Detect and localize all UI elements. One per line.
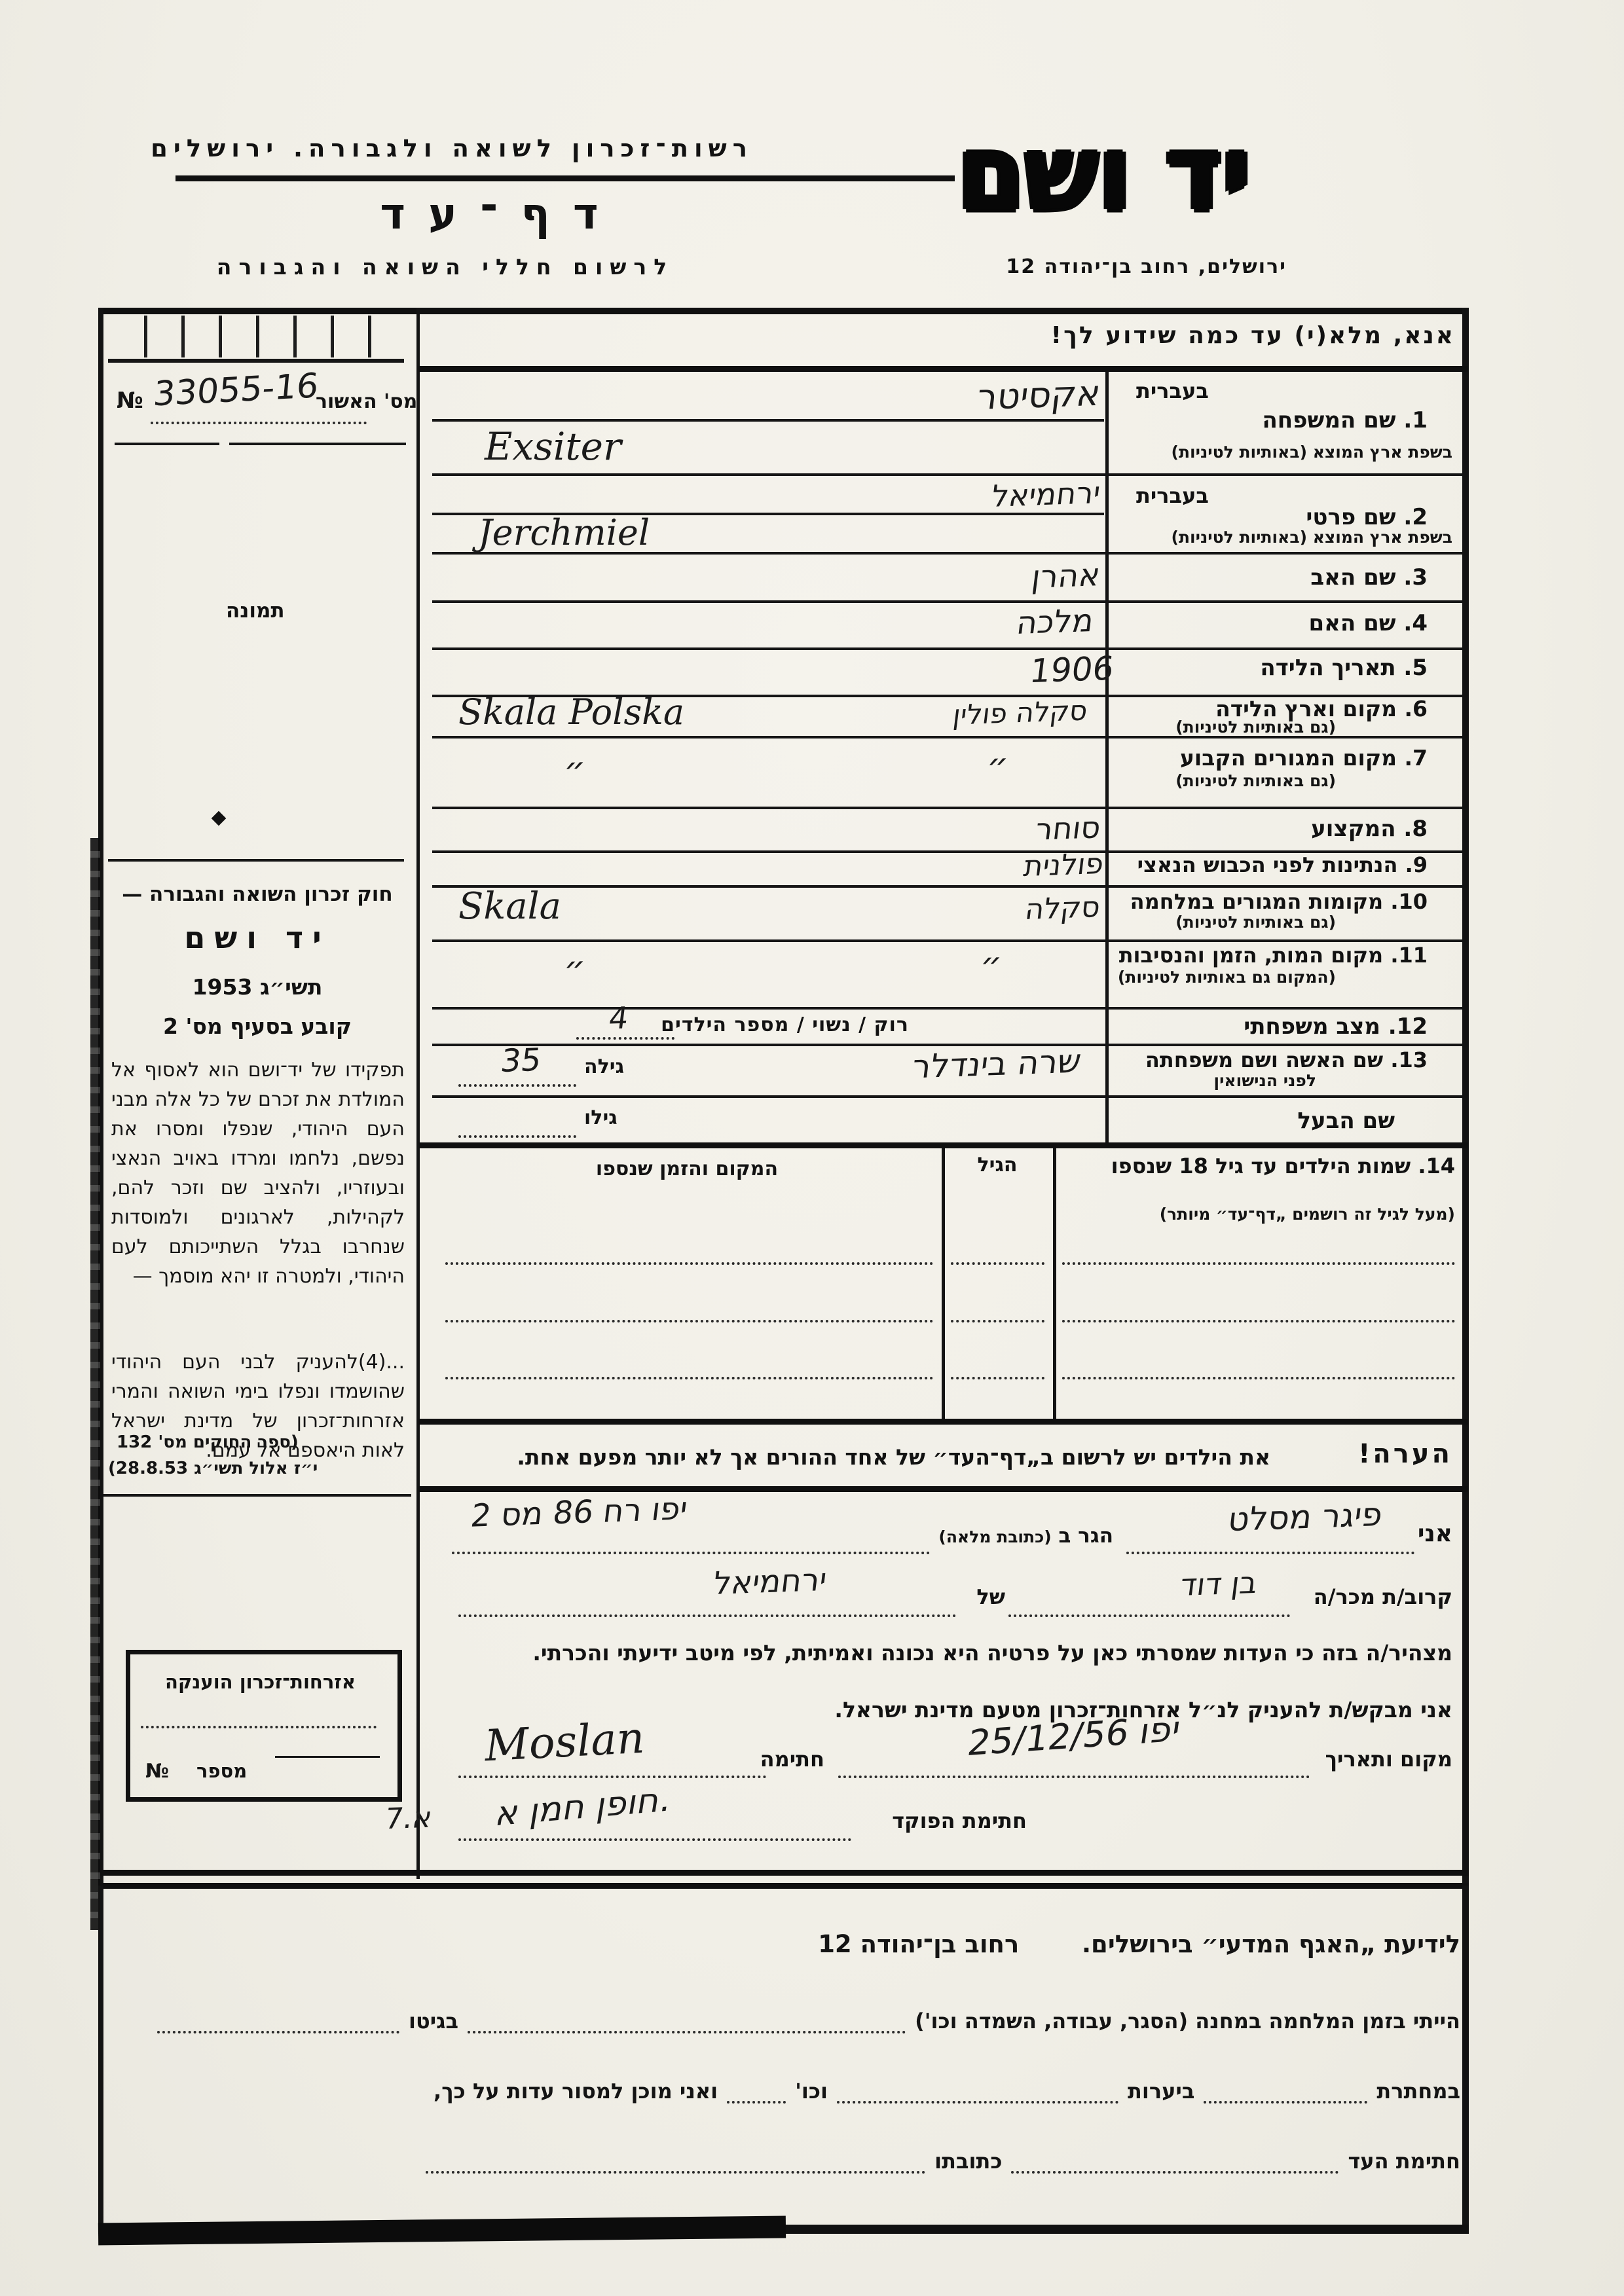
field3-label: 3. שם האב xyxy=(1310,564,1428,591)
row-rule xyxy=(432,600,1462,603)
entry-death-ditto-right: ״ xyxy=(978,945,1005,985)
double-rule-1 xyxy=(98,1870,1469,1876)
row-rule xyxy=(432,885,1462,888)
field7-sub: (גם באותיות לטיניות) xyxy=(1175,771,1336,790)
bottom-line2-underground: במחתרת xyxy=(1376,2079,1460,2104)
form-border-right xyxy=(1462,308,1469,1887)
entry-occupation: סוחר xyxy=(1033,809,1103,847)
law-year: תשי״ג 1953 xyxy=(110,974,405,1000)
decl-witness-name: פיגר מסלט xyxy=(1225,1495,1384,1539)
table-row-line xyxy=(445,1377,933,1379)
clerk-signature: חופן חמן א. xyxy=(493,1780,674,1834)
entry-birth-year: 1906 xyxy=(1027,649,1116,690)
scan-edge-artifact xyxy=(90,838,100,1930)
stamp-no-symbol: № xyxy=(145,1760,169,1783)
note-bottom-rule xyxy=(419,1486,1468,1492)
bottom-line2-etc: וכו' xyxy=(795,2079,828,2104)
stamp-number-label: מספר xyxy=(196,1760,247,1782)
table-row-line xyxy=(951,1320,1044,1322)
entry-wife-name: שרה בינדלר xyxy=(910,1042,1084,1086)
table-row-line xyxy=(1062,1262,1455,1265)
serial-ticks xyxy=(110,316,403,357)
entry-surname-latin: Exsiter xyxy=(485,424,621,469)
clerk-signature-line xyxy=(458,1838,851,1841)
entry-birthplace-hebrew: סקלה פולין xyxy=(951,694,1089,731)
bottom-line1: הייתי בזמן המלחמה במחנה (הסגר, עבודה, הש… xyxy=(157,2009,1460,2033)
form-title: ד ף ־ ע ד xyxy=(354,189,629,239)
bottom-line2-testify: ואני מוכן למסור עדות על כך, xyxy=(434,2079,718,2104)
entry-father: אהרן xyxy=(1030,556,1103,596)
row-rule xyxy=(432,807,1462,809)
approval-no-symbol: № xyxy=(117,388,143,414)
row-rule xyxy=(432,1044,1462,1046)
stamp-dash xyxy=(275,1756,380,1758)
bottom-line3-address: כתובתו xyxy=(934,2149,1002,2174)
law-text: תפקידו של יד־ושם הוא לאסוף אל המולדת את … xyxy=(111,1055,405,1291)
entry-birthplace-latin: Skala Polska xyxy=(458,691,684,733)
law-clause: קובע בסעיף מס' 2 xyxy=(110,1013,405,1039)
field8-label: 8. המקצוע xyxy=(1311,816,1428,842)
field2-hebrew-tag: בעברית xyxy=(1136,483,1209,508)
decl-name-line xyxy=(1126,1552,1414,1554)
decl-signature-label: חתימה xyxy=(760,1747,824,1772)
entry-residence-ditto-right: ״ xyxy=(984,746,1011,786)
instruction-underline xyxy=(419,366,1468,372)
underground-blank xyxy=(1204,2079,1367,2104)
yad-vashem-logo: יד ושם xyxy=(957,112,1251,234)
stamp-title: אזרחות־זכרון הוענקה xyxy=(138,1671,383,1693)
field9-label: 9. הנתינות לפני הכבוש הנאצי xyxy=(1137,852,1428,877)
approval-label: מס' האשור xyxy=(316,390,417,413)
left-column-divider xyxy=(416,308,420,1879)
row-rule xyxy=(432,939,1462,942)
photo-label: תמונה xyxy=(226,599,285,623)
field2-sub: בשפת ארץ המוצא (באותיות לטיניות) xyxy=(1172,528,1452,547)
row-rule xyxy=(432,1095,1462,1098)
decl-related-to: ירחמיאל xyxy=(711,1561,829,1602)
sidebar-ornament xyxy=(212,811,227,826)
field7-label: 7. מקום המגורים הקבוע xyxy=(1180,745,1428,771)
field1-label: 1. שם המשפחה xyxy=(1262,407,1428,433)
decl-declare-text: מצהיר/ה בזה כי העדות שמסרתי כאן על פרטיה… xyxy=(532,1640,1452,1666)
table-divider-age-right xyxy=(1053,1148,1056,1419)
law-name: יד ושם xyxy=(110,920,405,955)
bottom-title-address: רחוב בן־יהודה 12 xyxy=(818,1930,1019,1958)
marital-options: רוק / נשוי / מספר הילדים xyxy=(661,1013,909,1036)
bottom-line3: חתימת העד כתובתו xyxy=(426,2149,1460,2174)
entry-firstname-hebrew: ירחמיאל xyxy=(990,475,1103,514)
decl-signature-line xyxy=(458,1776,766,1778)
address-hint: (כתובת מלאה) xyxy=(938,1527,1051,1546)
bottom-title: לידיעת „האגף המדעי״ בירושלים. רחוב בן־יה… xyxy=(818,1930,1460,1958)
decl-of-label: של xyxy=(976,1584,1005,1609)
bottom-line1-camp: הייתי בזמן המלחמה במחנה (הסגר, עבודה, הש… xyxy=(915,2009,1460,2033)
bottom-line2: במחתרת ביערות וכו' ואני מוכן למסור עדות … xyxy=(157,2079,1460,2104)
entry-firstname-latin: Jerchmiel xyxy=(478,512,650,553)
wife-age-label: גילה xyxy=(584,1055,624,1078)
bottom-line3-signature: חתימת העד xyxy=(1348,2149,1460,2174)
decl-relation-label: קרוב/ת מכר/ה xyxy=(1314,1584,1452,1609)
etc-blank xyxy=(727,2079,786,2104)
wife-age: 35 xyxy=(498,1042,543,1080)
decl-relation: בן דוד xyxy=(1179,1565,1260,1603)
ticks-underline xyxy=(108,359,404,363)
table-row-line xyxy=(951,1262,1044,1265)
law-ref2: י״ז אלול תשי״ג 28.8.53) xyxy=(108,1459,318,1478)
field14-label: 14. שמות הילדים עד גיל 18 שנספו xyxy=(1088,1154,1455,1178)
scanned-testimony-page: רשות־זכרון לשואה ולגבורה. ירושלים ד ף ־ … xyxy=(0,0,1624,2296)
org-underline xyxy=(175,175,955,181)
approval-dash-1 xyxy=(115,443,219,445)
husband-age-line xyxy=(458,1135,576,1138)
logo-address: ירושלים, רחוב בן־יהודה 12 xyxy=(1006,255,1287,278)
field1-sub: בשפת ארץ המוצא (באותיות לטיניות) xyxy=(1172,443,1452,462)
table-row-line xyxy=(445,1262,933,1265)
entry-residence-ditto-left: ״ xyxy=(561,750,587,790)
entry-mother: מלכה xyxy=(1015,602,1096,642)
instruction: אנא, מלא(י) עד כמה שידוע לך! xyxy=(1051,322,1455,349)
field11-sub: (המקום גם באותיות לטיניות) xyxy=(1118,968,1336,987)
field5-label: 5. תאריך הלידה xyxy=(1260,655,1428,681)
table-col-place: המקום והזמן שנספו xyxy=(432,1157,942,1180)
bottom-line1-ghetto: בגיטו xyxy=(409,2009,458,2033)
table-row-line xyxy=(445,1320,933,1322)
decl-relation-line xyxy=(1008,1614,1290,1617)
bottom-line2-forests: ביערות xyxy=(1128,2079,1194,2104)
ghetto-blank xyxy=(157,2009,399,2033)
field13-label: 13. שם האשה ושם משפחתה xyxy=(1145,1048,1428,1072)
approval-dash-2 xyxy=(229,443,406,445)
decl-related-line xyxy=(458,1614,956,1617)
decl-address-line xyxy=(452,1552,930,1554)
row-rule xyxy=(432,647,1462,650)
row-rule-mid xyxy=(432,419,1104,422)
table-row-line xyxy=(951,1377,1044,1379)
field10-sub: (גם באותיות לטיניות) xyxy=(1175,913,1336,932)
sidebar-bottom-rule xyxy=(103,1494,411,1497)
field4-label: 4. שם האם xyxy=(1308,610,1428,636)
scan-shadow-bottom xyxy=(98,2216,786,2246)
entry-war-residence-hebrew: סקלה xyxy=(1024,890,1102,926)
bottom-box-left xyxy=(98,1886,103,2234)
children-count-line xyxy=(576,1037,674,1040)
row-rule xyxy=(432,1007,1462,1010)
field14-sub: (מעל לגיל זה רושמים „דף־עד״ מיותר) xyxy=(1088,1205,1455,1224)
field1-hebrew-tag: בעברית xyxy=(1136,378,1209,403)
decl-resides-label: הגר ב (כתובת מלאה) xyxy=(938,1524,1113,1548)
clerk-signature-label: חתימת הפוקד xyxy=(892,1808,1027,1833)
approval-number: 33055-16 xyxy=(152,366,320,414)
org-title: רשות־זכרון לשואה ולגבורה. ירושלים xyxy=(151,134,753,162)
table-col-age: הגיל xyxy=(942,1154,1053,1176)
decl-signature: Moslan xyxy=(483,1713,646,1772)
camp-blank xyxy=(468,2009,906,2033)
row-rule xyxy=(432,473,1462,476)
witness-signature-blank xyxy=(1011,2149,1338,2174)
note-title: הערה! xyxy=(1358,1439,1452,1469)
husband-age-label: גילו xyxy=(584,1106,618,1129)
decl-address: יפו רח 86 מס 2 xyxy=(469,1490,690,1534)
margin-handwritten-note: 7.א xyxy=(383,1801,434,1836)
law-ref1: (ספר החוקים מס' 132 xyxy=(117,1432,299,1452)
resides-text: הגר ב xyxy=(1058,1524,1113,1548)
table-row-line xyxy=(1062,1320,1455,1322)
label-column-divider xyxy=(1105,368,1109,1147)
sidebar-top-rule xyxy=(108,859,404,862)
table-bottom-rule xyxy=(419,1419,1468,1425)
bottom-box-right xyxy=(1462,1886,1469,2234)
note-text: את הילדים יש לרשום ב„דף־העד״ של אחד ההור… xyxy=(517,1444,1270,1470)
husband-label: שם הבעל xyxy=(1297,1108,1395,1134)
decl-i-label: אני xyxy=(1418,1520,1452,1547)
entry-death-ditto-left: ״ xyxy=(561,949,587,989)
entry-war-residence-latin: Skala xyxy=(458,885,561,928)
field13-sub: לפני הנישואין xyxy=(1213,1071,1316,1090)
field10-label: 10. מקומות המגורים במלחמה xyxy=(1130,889,1428,914)
witness-address-blank xyxy=(426,2149,925,2174)
forests-blank xyxy=(837,2079,1118,2104)
field6-sub: (גם באותיות לטיניות) xyxy=(1175,718,1336,737)
double-rule-2 xyxy=(98,1883,1469,1889)
stamp-line xyxy=(141,1726,377,1728)
field2-label: 2. שם פרטי xyxy=(1306,504,1428,530)
decl-place-date-label: מקום ותאריך xyxy=(1325,1747,1452,1772)
form-border-top xyxy=(98,308,1468,314)
table-row-line xyxy=(1062,1377,1455,1379)
field11-label: 11. מקום המות, הזמן והנסיבות xyxy=(1119,943,1428,968)
children-count: 4 xyxy=(607,1000,631,1036)
bottom-title-text: לידיעת „האגף המדעי״ בירושלים. xyxy=(1082,1930,1460,1958)
table-divider-age-left xyxy=(942,1148,945,1419)
approval-number-line xyxy=(151,422,367,424)
law-title: חוק זכרון השואה והגבורה — xyxy=(110,883,405,906)
form-subtitle: לרשום חללי השואה והגבורה xyxy=(216,254,674,280)
entry-surname-hebrew: אקסיטר xyxy=(975,373,1103,418)
wife-age-line xyxy=(458,1084,576,1087)
field12-label: 12. מצב משפחתי xyxy=(1244,1013,1428,1040)
entry-citizenship: פולנית xyxy=(1022,847,1106,883)
decl-date-line xyxy=(838,1776,1310,1778)
